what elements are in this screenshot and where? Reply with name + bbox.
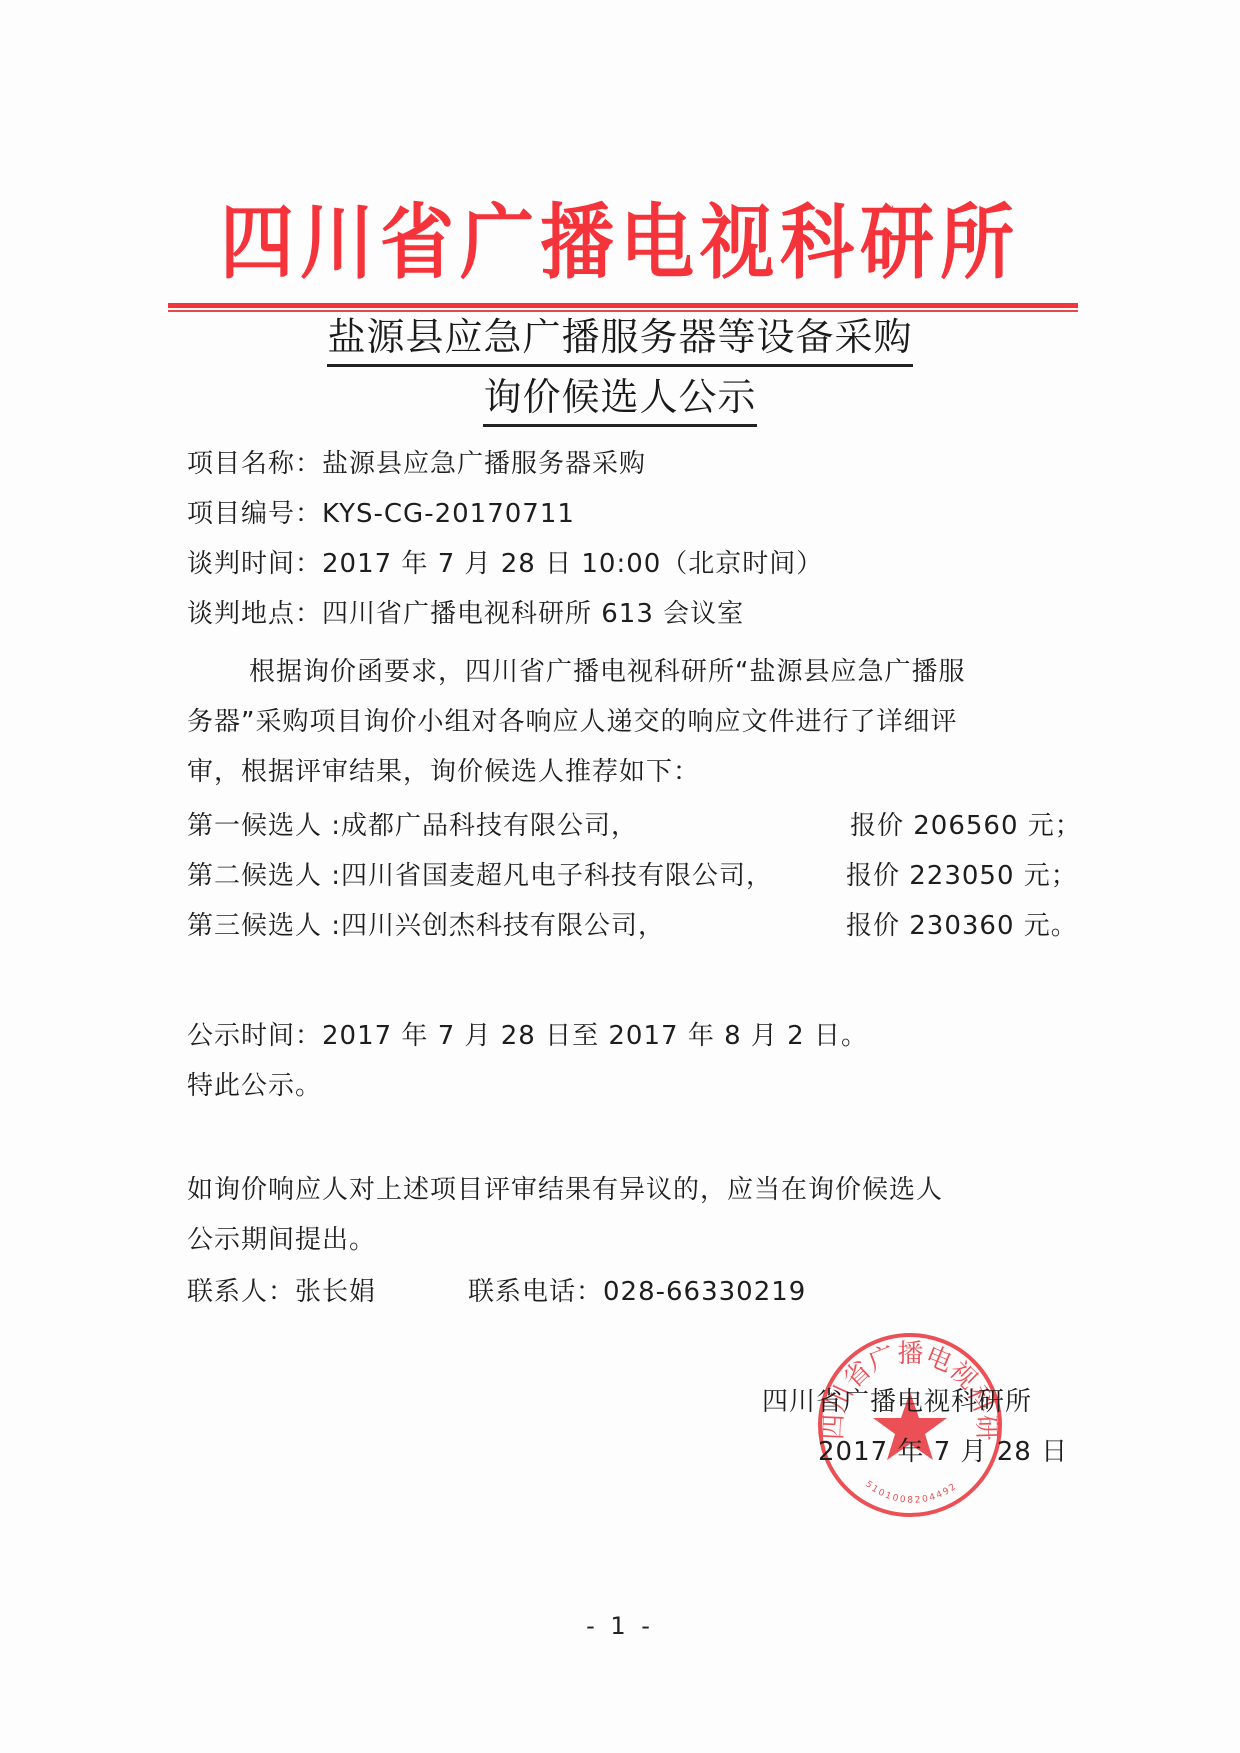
field-negotiation-location: 谈判地点：四川省广播电视科研所 613 会议室 [187, 596, 744, 632]
title-text-2: 询价候选人公示 [483, 372, 756, 427]
official-seal-icon: 四川省广播电视科研所 5101008204492 [815, 1330, 1005, 1520]
body-paragraph-line3: 审，根据评审结果，询价候选人推荐如下： [187, 754, 700, 790]
page-number: - 1 - [0, 1612, 1240, 1640]
body-paragraph-line1: 根据询价函要求，四川省广播电视科研所“盐源县应急广播服 [249, 654, 965, 690]
candidate-1-company: 第一候选人 :成都广品科技有限公司， [187, 808, 638, 844]
field-project-name: 项目名称：盐源县应急广播服务器采购 [187, 446, 646, 482]
body-paragraph-line2: 务器”采购项目询价小组对各响应人递交的响应文件进行了详细评 [187, 704, 957, 740]
candidate-1-price: 报价 206560 元； [850, 808, 1082, 844]
contact-person: 联系人：张长娟 [187, 1274, 376, 1310]
candidate-3-price: 报价 230360 元。 [846, 908, 1078, 944]
title-text-1: 盐源县应急广播服务器等设备采购 [327, 312, 912, 367]
candidate-2-company: 第二候选人 :四川省国麦超凡电子科技有限公司， [187, 858, 773, 894]
document-page: 四川省广播电视科研所 盐源县应急广播服务器等设备采购 询价候选人公示 项目名称：… [0, 0, 1240, 1753]
candidate-3-company: 第三候选人 :四川兴创杰科技有限公司， [187, 908, 665, 944]
publicity-closing: 特此公示。 [187, 1068, 322, 1104]
signature-date: 2017 年 7 月 28 日 [818, 1434, 1068, 1470]
publicity-period: 公示时间：2017 年 7 月 28 日至 2017 年 8 月 2 日。 [187, 1018, 868, 1054]
objection-line1: 如询价响应人对上述项目评审结果有异议的，应当在询价候选人 [187, 1172, 943, 1208]
contact-phone: 联系电话：028-66330219 [468, 1274, 806, 1310]
candidate-2-price: 报价 223050 元； [846, 858, 1078, 894]
objection-line2: 公示期间提出。 [187, 1222, 376, 1258]
signature-organization: 四川省广播电视科研所 [762, 1384, 1032, 1420]
letterhead-organization: 四川省广播电视科研所 [160, 188, 1080, 298]
document-title-line1: 盐源县应急广播服务器等设备采购 [0, 312, 1240, 367]
field-project-number: 项目编号：KYS-CG-20170711 [187, 496, 575, 532]
svg-text:5101008204492: 5101008204492 [863, 1479, 959, 1505]
document-title-line2: 询价候选人公示 [0, 372, 1240, 427]
field-negotiation-time: 谈判时间：2017 年 7 月 28 日 10:00（北京时间） [187, 546, 823, 582]
letterhead-rule-thick [168, 303, 1078, 308]
